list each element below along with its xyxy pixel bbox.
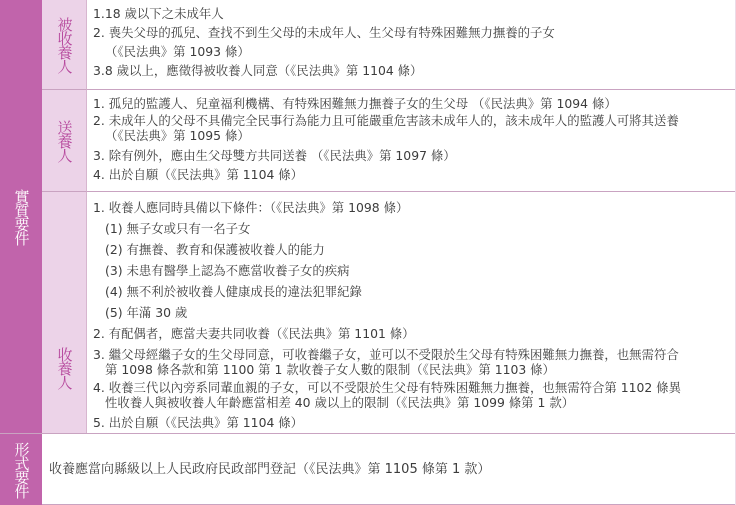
adopter-condition-1: (1) 無子女或只有一名子女 (93, 218, 730, 239)
placer-item-2: 2. 未成年人的父母不具備完全民事行為能力且可能嚴重危害該未成年人的，該未成年人… (93, 113, 730, 128)
adopter-condition-3: (3) 未患有醫學上認為不應當收養子女的疾病 (93, 260, 730, 281)
adoptee-item-2-citation: （《民法典》第 1093 條） (93, 42, 730, 61)
adoptee-item-2: 2. 喪失父母的孤兒、查找不到生父母的未成年人、生父母有特殊困難無力撫養的子女 (93, 23, 730, 42)
category-formal-label: 形式要件 (14, 442, 29, 498)
adopter-item-4: 4. 收養三代以內旁系同輩血親的子女，可以不受限於生父母有特殊困難無力撫養，也無… (93, 380, 730, 395)
adopter-condition-4: (4) 無不利於被收養人健康成長的違法犯罪紀錄 (93, 281, 730, 302)
adopter-content: 1. 收養人應同時具備以下條件：（《民法典》第 1098 條） (1) 無子女或… (86, 191, 736, 433)
adopter-condition-5: (5) 年滿 30 歲 (93, 302, 730, 323)
category-formal: 形式要件 (0, 433, 42, 505)
adoptee-item-3: 3.8 歲以上，應徵得被收養人同意（《民法典》第 1104 條） (93, 61, 730, 80)
subcategory-placer-label: 送養人 (57, 120, 72, 162)
placer-item-2-citation: （《民法典》第 1095 條） (93, 128, 730, 143)
placer-item-1: 1. 孤兒的監護人、兒童福利機構、有特殊困難無力撫養子女的生父母 （《民法典》第… (93, 94, 730, 113)
adopter-item-2: 2. 有配偶者，應當夫妻共同收養（《民法典》第 1101 條） (93, 323, 730, 344)
adopter-item-3-cont: 第 1098 條各款和第 1100 第 1 款收養子女人數的限制（《民法典》第 … (93, 362, 730, 377)
adopter-item-5: 5. 出於自願（《民法典》第 1104 條） (93, 413, 730, 432)
adoptee-content: 1.18 歲以下之未成年人 2. 喪失父母的孤兒、查找不到生父母的未成年人、生父… (86, 0, 736, 89)
subcategory-adopter-label: 收養人 (57, 347, 72, 389)
adoptee-item-1: 1.18 歲以下之未成年人 (93, 4, 730, 23)
adopter-item-1: 1. 收養人應同時具備以下條件：（《民法典》第 1098 條） (93, 197, 730, 218)
subcategory-placer: 送養人 (42, 89, 86, 191)
placer-item-4: 4. 出於自願（《民法典》第 1104 條） (93, 165, 730, 184)
subcategory-adoptee-label: 被收養人 (57, 17, 72, 73)
subcategory-adopter: 收養人 (42, 191, 86, 433)
placer-item-3: 3. 除有例外，應由生父母雙方共同送養 （《民法典》第 1097 條） (93, 146, 730, 165)
adopter-condition-2: (2) 有撫養、教育和保護被收養人的能力 (93, 239, 730, 260)
placer-content: 1. 孤兒的監護人、兒童福利機構、有特殊困難無力撫養子女的生父母 （《民法典》第… (86, 89, 736, 191)
adoption-requirements-table: 實質要件 被收養人 1.18 歲以下之未成年人 2. 喪失父母的孤兒、查找不到生… (0, 0, 736, 505)
subcategory-adoptee: 被收養人 (42, 0, 86, 89)
category-substantive-label: 實質要件 (14, 189, 29, 245)
category-substantive: 實質要件 (0, 0, 42, 433)
formal-requirement-text: 收養應當向縣級以上人民政府民政部門登記（《民法典》第 1105 條第 1 款） (49, 460, 490, 479)
adopter-item-4-cont: 性收養人與被收養人年齡應當相差 40 歲以上的限制（《民法典》第 1099 條第… (93, 395, 730, 410)
formal-content: 收養應當向縣級以上人民政府民政部門登記（《民法典》第 1105 條第 1 款） (42, 433, 736, 505)
adopter-item-3: 3. 繼父母經繼子女的生父母同意，可收養繼子女，並可以不受限於生父母有特殊困難無… (93, 347, 730, 362)
